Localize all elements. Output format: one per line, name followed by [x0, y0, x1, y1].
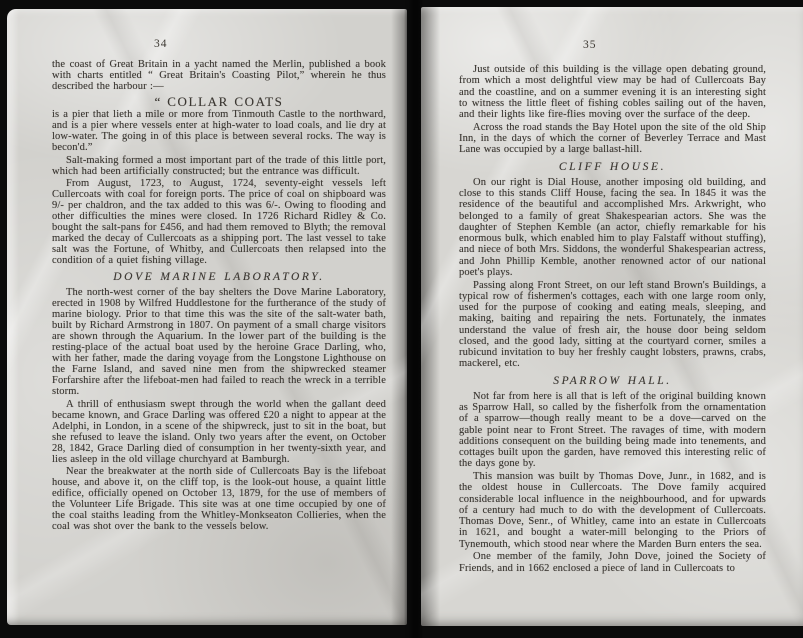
- right-page: 35 Just outside of this building is the …: [421, 7, 803, 626]
- paragraph: Salt-making formed a most important part…: [52, 155, 386, 177]
- right-page-body: Just outside of this building is the vil…: [459, 64, 766, 575]
- paragraph: Not far from here is all that is left of…: [459, 391, 766, 470]
- paragraph: is a pier that lieth a mile or more from…: [52, 109, 386, 153]
- book-scan: 34 the coast of Great Britain in a yacht…: [0, 0, 803, 638]
- paragraph: This mansion was built by Thomas Dove, J…: [459, 471, 766, 550]
- paragraph: Just outside of this building is the vil…: [459, 64, 766, 120]
- paragraph: Near the breakwater at the north side of…: [52, 466, 386, 532]
- section-heading: CLIFF HOUSE.: [459, 162, 766, 173]
- paragraph: A thrill of enthusiasm swept through the…: [52, 399, 386, 465]
- page-number-right: 35: [583, 39, 597, 51]
- paragraph: One member of the family, John Dove, joi…: [459, 551, 766, 574]
- section-heading: SPARROW HALL.: [459, 376, 766, 387]
- paragraph: Across the road stands the Bay Hotel upo…: [459, 122, 766, 156]
- left-page-body: the coast of Great Britain in a yacht na…: [52, 59, 386, 534]
- paragraph: The north-west corner of the bay shelter…: [52, 287, 386, 397]
- paragraph: From August, 1723, to August, 1724, seve…: [52, 178, 386, 266]
- page-number-left: 34: [154, 38, 168, 50]
- section-heading: DOVE MARINE LABORATORY.: [52, 272, 386, 283]
- left-page: 34 the coast of Great Britain in a yacht…: [7, 9, 407, 625]
- paragraph: Passing along Front Street, on our left …: [459, 280, 766, 370]
- paragraph: the coast of Great Britain in a yacht na…: [52, 59, 386, 92]
- paragraph: On our right is Dial House, another impo…: [459, 177, 766, 278]
- section-heading: “ COLLAR COATS: [52, 96, 386, 107]
